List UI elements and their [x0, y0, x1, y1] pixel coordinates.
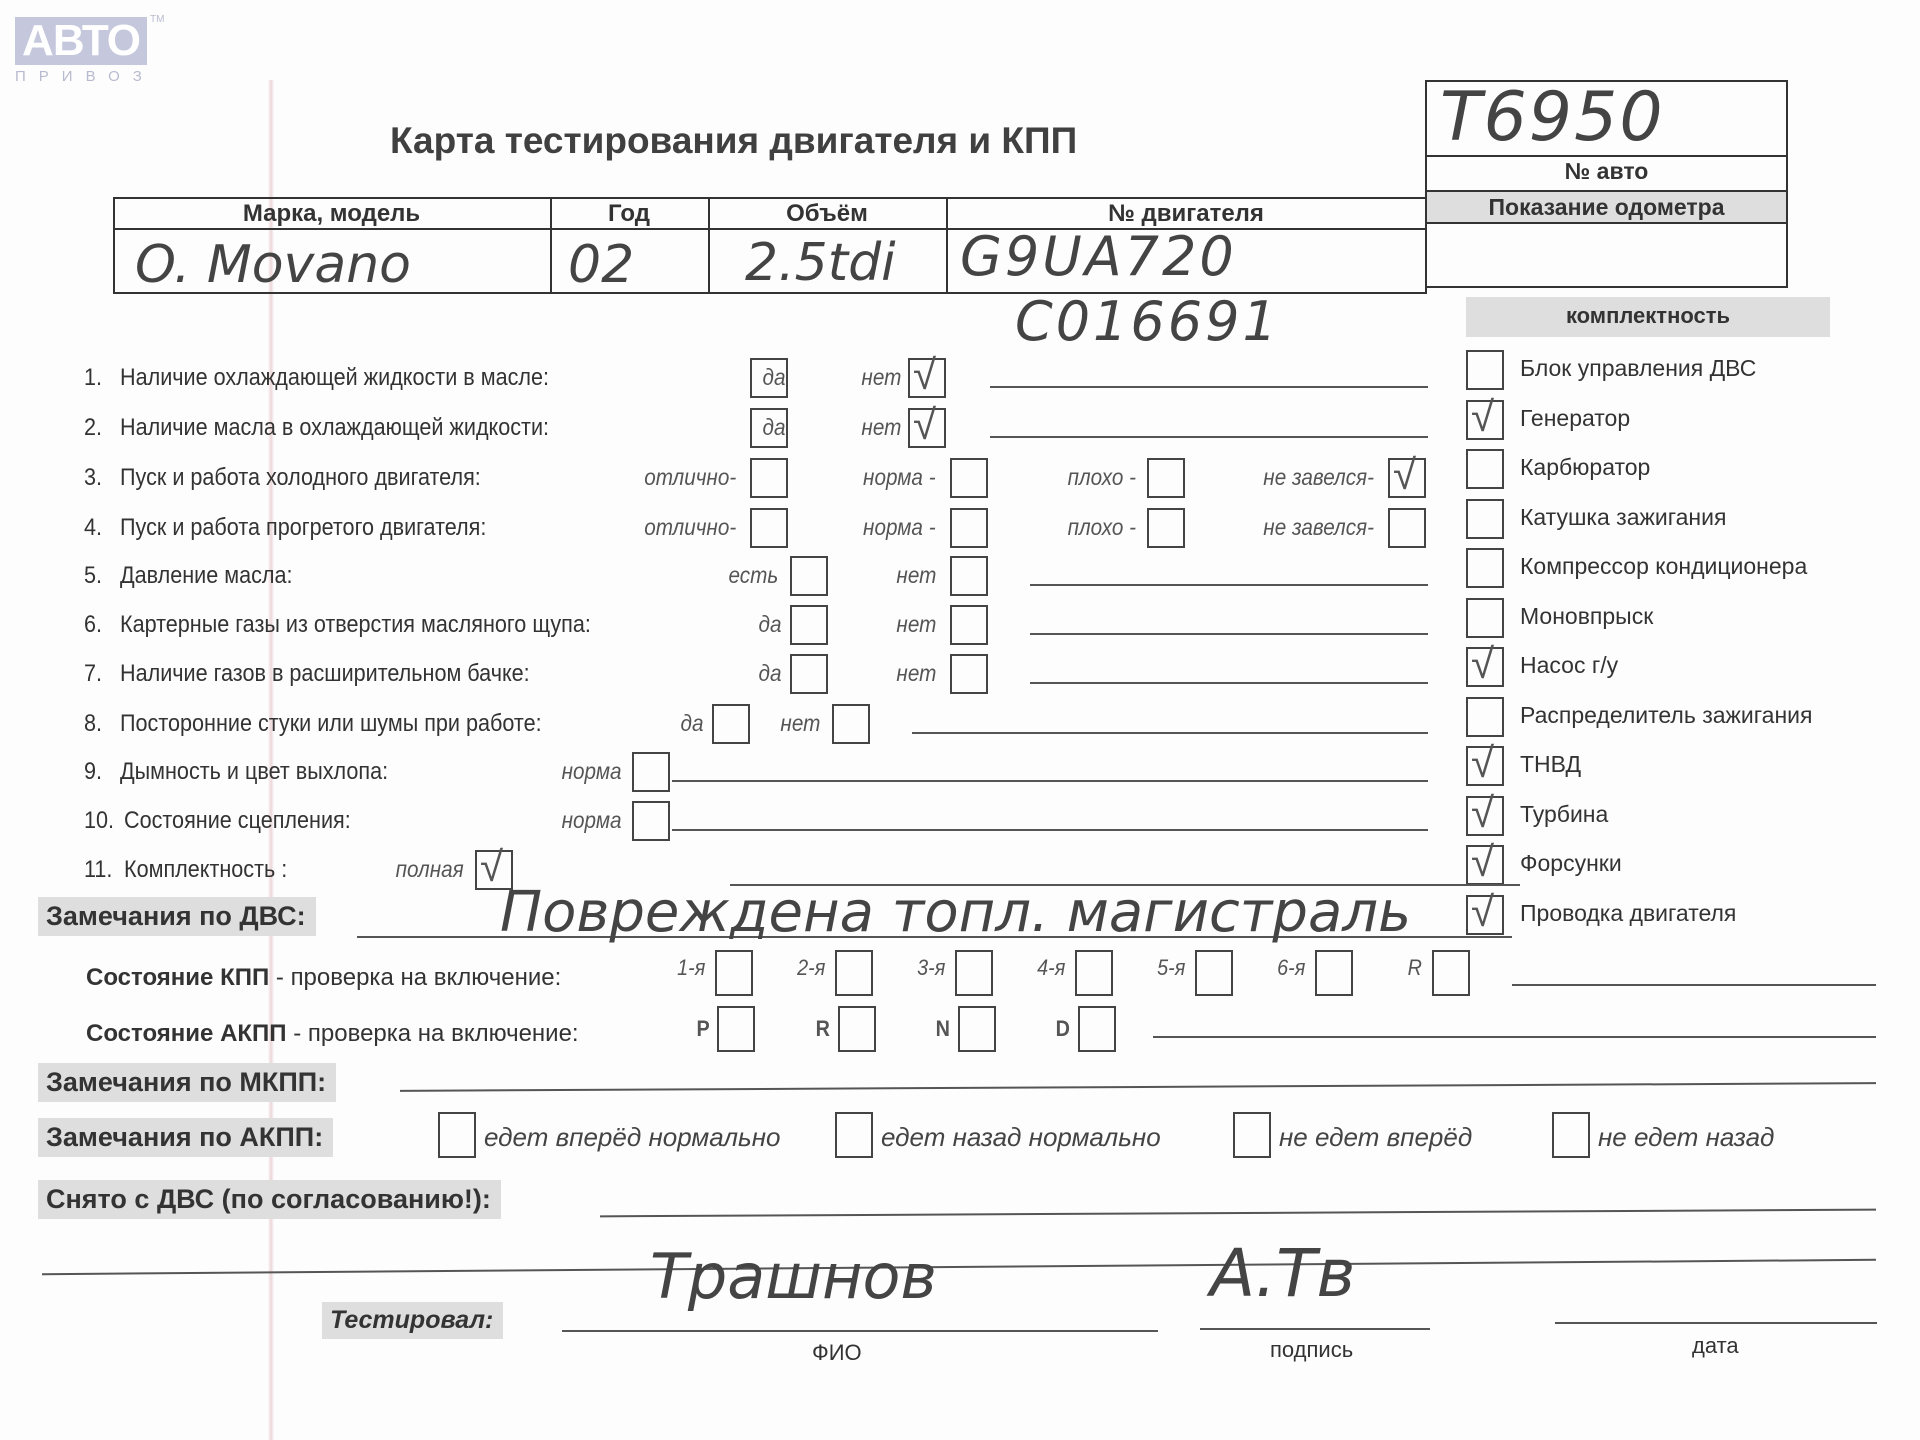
option-label: норма -: [863, 464, 936, 491]
car-number-label: № авто: [1425, 158, 1788, 185]
make-model-value[interactable]: O. Movano: [135, 235, 411, 295]
gear-checkbox[interactable]: [1315, 950, 1353, 996]
gear-checkbox[interactable]: [717, 1006, 755, 1052]
option-label: не завелся-: [1263, 514, 1374, 541]
option-checkbox[interactable]: [832, 704, 870, 744]
logo-tm: TM: [150, 14, 164, 25]
gear-label: 1-я: [677, 955, 705, 981]
completeness-checkbox[interactable]: [1466, 746, 1504, 786]
signature-caption: подпись: [1270, 1337, 1353, 1363]
option-label: плохо -: [1068, 514, 1136, 541]
option-label: не завелся-: [1263, 464, 1374, 491]
option-checkbox[interactable]: [750, 358, 788, 398]
akpp-remark-label: не едет назад: [1598, 1122, 1774, 1153]
option-checkbox[interactable]: [750, 458, 788, 498]
question-comment-line[interactable]: [1030, 584, 1428, 586]
completeness-checkbox[interactable]: [1466, 697, 1504, 737]
completeness-item-label: Форсунки: [1520, 850, 1622, 877]
question-number: 5.: [84, 562, 102, 590]
question-number: 10.: [84, 807, 114, 835]
engine-number-line2[interactable]: C016691: [1015, 290, 1280, 353]
option-checkbox[interactable]: [1388, 508, 1426, 548]
question-comment-line[interactable]: [1030, 633, 1428, 635]
gear-label: 6-я: [1277, 955, 1305, 981]
removed-line[interactable]: [600, 1209, 1876, 1218]
completeness-item-label: Генератор: [1520, 405, 1630, 432]
gear-checkbox[interactable]: [1078, 1006, 1116, 1052]
question-label: Наличие охлаждающей жидкости в масле:: [120, 364, 549, 392]
gear-checkbox[interactable]: [958, 1006, 996, 1052]
question-comment-line[interactable]: [990, 436, 1428, 438]
completeness-checkbox[interactable]: [1466, 350, 1504, 390]
akpp-remark-checkbox[interactable]: [835, 1112, 873, 1158]
odometer-label: Показание одометра: [1425, 194, 1788, 221]
completeness-checkbox[interactable]: [1466, 796, 1504, 836]
akpp-label: Состояние АКПП - проверка на включение:: [86, 1020, 579, 1048]
name-line: [562, 1330, 1158, 1332]
gear-checkbox[interactable]: [955, 950, 993, 996]
completeness-checkbox[interactable]: [1466, 548, 1504, 588]
option-label: да: [759, 660, 782, 687]
year-value[interactable]: 02: [568, 235, 634, 295]
kpp-label-bold: Состояние КПП: [86, 964, 269, 991]
option-label: отлично-: [644, 514, 736, 541]
question-number: 7.: [84, 660, 102, 688]
akpp-remark-checkbox[interactable]: [438, 1112, 476, 1158]
logo-subtitle: ПРИВОЗ: [15, 68, 155, 85]
question-label: Посторонние стуки или шумы при работе:: [120, 710, 542, 738]
car-number-value[interactable]: T6950: [1440, 78, 1665, 157]
completeness-checkbox[interactable]: [1466, 449, 1504, 489]
option-label: нет: [896, 562, 936, 589]
completeness-item-label: Карбюратор: [1520, 454, 1650, 481]
question-number: 3.: [84, 464, 102, 492]
option-checkbox[interactable]: [750, 408, 788, 448]
option-checkbox[interactable]: [750, 508, 788, 548]
completeness-checkbox[interactable]: [1466, 895, 1504, 935]
gear-checkbox[interactable]: [835, 950, 873, 996]
question-label: Картерные газы из отверстия масляного щу…: [120, 611, 591, 639]
completeness-checkbox[interactable]: [1466, 845, 1504, 885]
gear-label: 4-я: [1037, 955, 1065, 981]
option-label: нет: [780, 710, 820, 737]
name-value[interactable]: Трашнов: [650, 1240, 937, 1313]
question-number: 6.: [84, 611, 102, 639]
option-label: норма -: [863, 514, 936, 541]
option-checkbox[interactable]: [908, 358, 946, 398]
question-number: 11.: [84, 856, 112, 884]
question-label: Пуск и работа холодного двигателя:: [120, 464, 481, 492]
completeness-checkbox[interactable]: [1466, 598, 1504, 638]
option-label: нет: [861, 364, 901, 391]
option-checkbox[interactable]: [1147, 508, 1185, 548]
akpp-label-bold: Состояние АКПП: [86, 1020, 287, 1047]
extra-line: [42, 1259, 1876, 1275]
option-checkbox[interactable]: [950, 654, 988, 694]
question-label: Пуск и работа прогретого двигателя:: [120, 514, 486, 542]
akpp-remark-checkbox[interactable]: [1233, 1112, 1271, 1158]
question-label: Комплектность :: [124, 856, 287, 884]
gear-checkbox[interactable]: [838, 1006, 876, 1052]
akpp-remarks-label: Замечания по АКПП:: [38, 1118, 333, 1157]
question-number: 4.: [84, 514, 102, 542]
option-label: есть: [728, 562, 778, 589]
name-caption: ФИО: [812, 1340, 862, 1366]
kpp-label-rest: - проверка на включение:: [269, 964, 561, 991]
completeness-item-label: Катушка зажигания: [1520, 504, 1726, 531]
completeness-checkbox[interactable]: [1466, 647, 1504, 687]
option-label: да: [759, 611, 782, 638]
tested-by-label: Тестировал:: [322, 1302, 503, 1339]
question-label: Давление масла:: [120, 562, 293, 590]
gear-checkbox[interactable]: [1075, 950, 1113, 996]
option-checkbox[interactable]: [1388, 458, 1426, 498]
option-checkbox[interactable]: [950, 556, 988, 596]
akpp-comment-line[interactable]: [1153, 1036, 1876, 1038]
signature-line: [1200, 1328, 1430, 1330]
odometer-field[interactable]: [1427, 224, 1786, 286]
gear-checkbox[interactable]: [715, 950, 753, 996]
completeness-item-label: Насос г/у: [1520, 652, 1618, 679]
option-label: нет: [896, 611, 936, 638]
question-comment-line[interactable]: [672, 829, 1428, 831]
completeness-item-label: Компрессор кондиционера: [1520, 553, 1807, 580]
option-checkbox[interactable]: [632, 752, 670, 792]
option-checkbox[interactable]: [790, 556, 828, 596]
date-caption: дата: [1692, 1333, 1739, 1359]
option-checkbox[interactable]: [712, 704, 750, 744]
question-label: Наличие газов в расширительном бачке:: [120, 660, 530, 688]
akpp-remark-label: едет назад нормально: [881, 1122, 1161, 1153]
date-line[interactable]: [1555, 1322, 1877, 1324]
completeness-item-label: Распределитель зажигания: [1520, 702, 1812, 729]
gear-label: R: [1408, 955, 1422, 981]
completeness-item-label: ТНВД: [1520, 751, 1581, 778]
option-checkbox[interactable]: [632, 801, 670, 841]
page-title: Карта тестирования двигателя и КПП: [390, 120, 1077, 162]
option-checkbox[interactable]: [908, 408, 946, 448]
question-comment-line[interactable]: [672, 780, 1428, 782]
completeness-checkbox[interactable]: [1466, 400, 1504, 440]
question-label: Состояние сцепления:: [124, 807, 351, 835]
option-checkbox[interactable]: [950, 605, 988, 645]
option-label: нет: [896, 660, 936, 687]
akpp-remark-label: едет вперёд нормально: [484, 1122, 780, 1153]
option-checkbox[interactable]: [1147, 458, 1185, 498]
option-checkbox[interactable]: [950, 458, 988, 498]
gear-label: N: [936, 1016, 950, 1042]
question-number: 2.: [84, 414, 102, 442]
col-engine-number: № двигателя: [946, 200, 1426, 228]
gear-checkbox[interactable]: [1195, 950, 1233, 996]
option-checkbox[interactable]: [950, 508, 988, 548]
option-label: норма: [562, 758, 622, 785]
akpp-remark-checkbox[interactable]: [1552, 1112, 1590, 1158]
option-label: плохо -: [1068, 464, 1136, 491]
completeness-item-label: Турбина: [1520, 801, 1608, 828]
question-comment-line[interactable]: [912, 732, 1428, 734]
completeness-item-label: Моновпрыск: [1520, 603, 1653, 630]
akpp-remark-label: не едет вперёд: [1279, 1122, 1472, 1153]
question-label: Наличие масла в охлаждающей жидкости:: [120, 414, 549, 442]
option-checkbox[interactable]: [790, 605, 828, 645]
completeness-checkbox[interactable]: [1466, 499, 1504, 539]
completeness-title: комплектность: [1466, 303, 1830, 329]
col-make-model: Марка, модель: [113, 200, 550, 228]
option-checkbox[interactable]: [790, 654, 828, 694]
gear-label: 5-я: [1157, 955, 1185, 981]
option-label: да: [681, 710, 704, 737]
option-label: норма: [562, 807, 622, 834]
mkpp-remarks-line[interactable]: [400, 1082, 1876, 1092]
question-label: Дымность и цвет выхлопа:: [120, 758, 388, 786]
mkpp-remarks-label: Замечания по МКПП:: [38, 1063, 336, 1102]
volume-value[interactable]: 2.5tdi: [745, 233, 896, 293]
question-comment-line[interactable]: [990, 386, 1428, 388]
signature-value[interactable]: А.Тв: [1210, 1235, 1355, 1312]
engine-remarks-label: Замечания по ДВС:: [38, 897, 316, 936]
option-label: отлично-: [644, 464, 736, 491]
kpp-comment-line[interactable]: [1512, 984, 1876, 986]
question-number: 9.: [84, 758, 102, 786]
gear-label: 3-я: [917, 955, 945, 981]
option-label: полная: [396, 856, 464, 883]
question-number: 8.: [84, 710, 102, 738]
question-number: 1.: [84, 364, 102, 392]
col-volume: Объём: [708, 200, 946, 228]
akpp-label-rest: - проверка на включение:: [287, 1020, 579, 1047]
engine-number-value[interactable]: G9UA720: [960, 225, 1237, 288]
gear-label: D: [1056, 1016, 1070, 1042]
kpp-label: Состояние КПП - проверка на включение:: [86, 964, 561, 992]
option-label: нет: [861, 414, 901, 441]
gear-label: P: [697, 1016, 710, 1042]
completeness-item-label: Проводка двигателя: [1520, 900, 1736, 927]
col-year: Год: [550, 200, 708, 228]
question-comment-line[interactable]: [1030, 682, 1428, 684]
gear-checkbox[interactable]: [1432, 950, 1470, 996]
engine-remarks-value[interactable]: Повреждена топл. магистраль: [500, 880, 1411, 945]
gear-label: 2-я: [797, 955, 825, 981]
removed-label: Снято с ДВС (по согласованию!):: [38, 1180, 501, 1219]
logo-brand: АВТО: [15, 17, 147, 65]
completeness-item-label: Блок управления ДВС: [1520, 355, 1756, 382]
gear-label: R: [816, 1016, 830, 1042]
